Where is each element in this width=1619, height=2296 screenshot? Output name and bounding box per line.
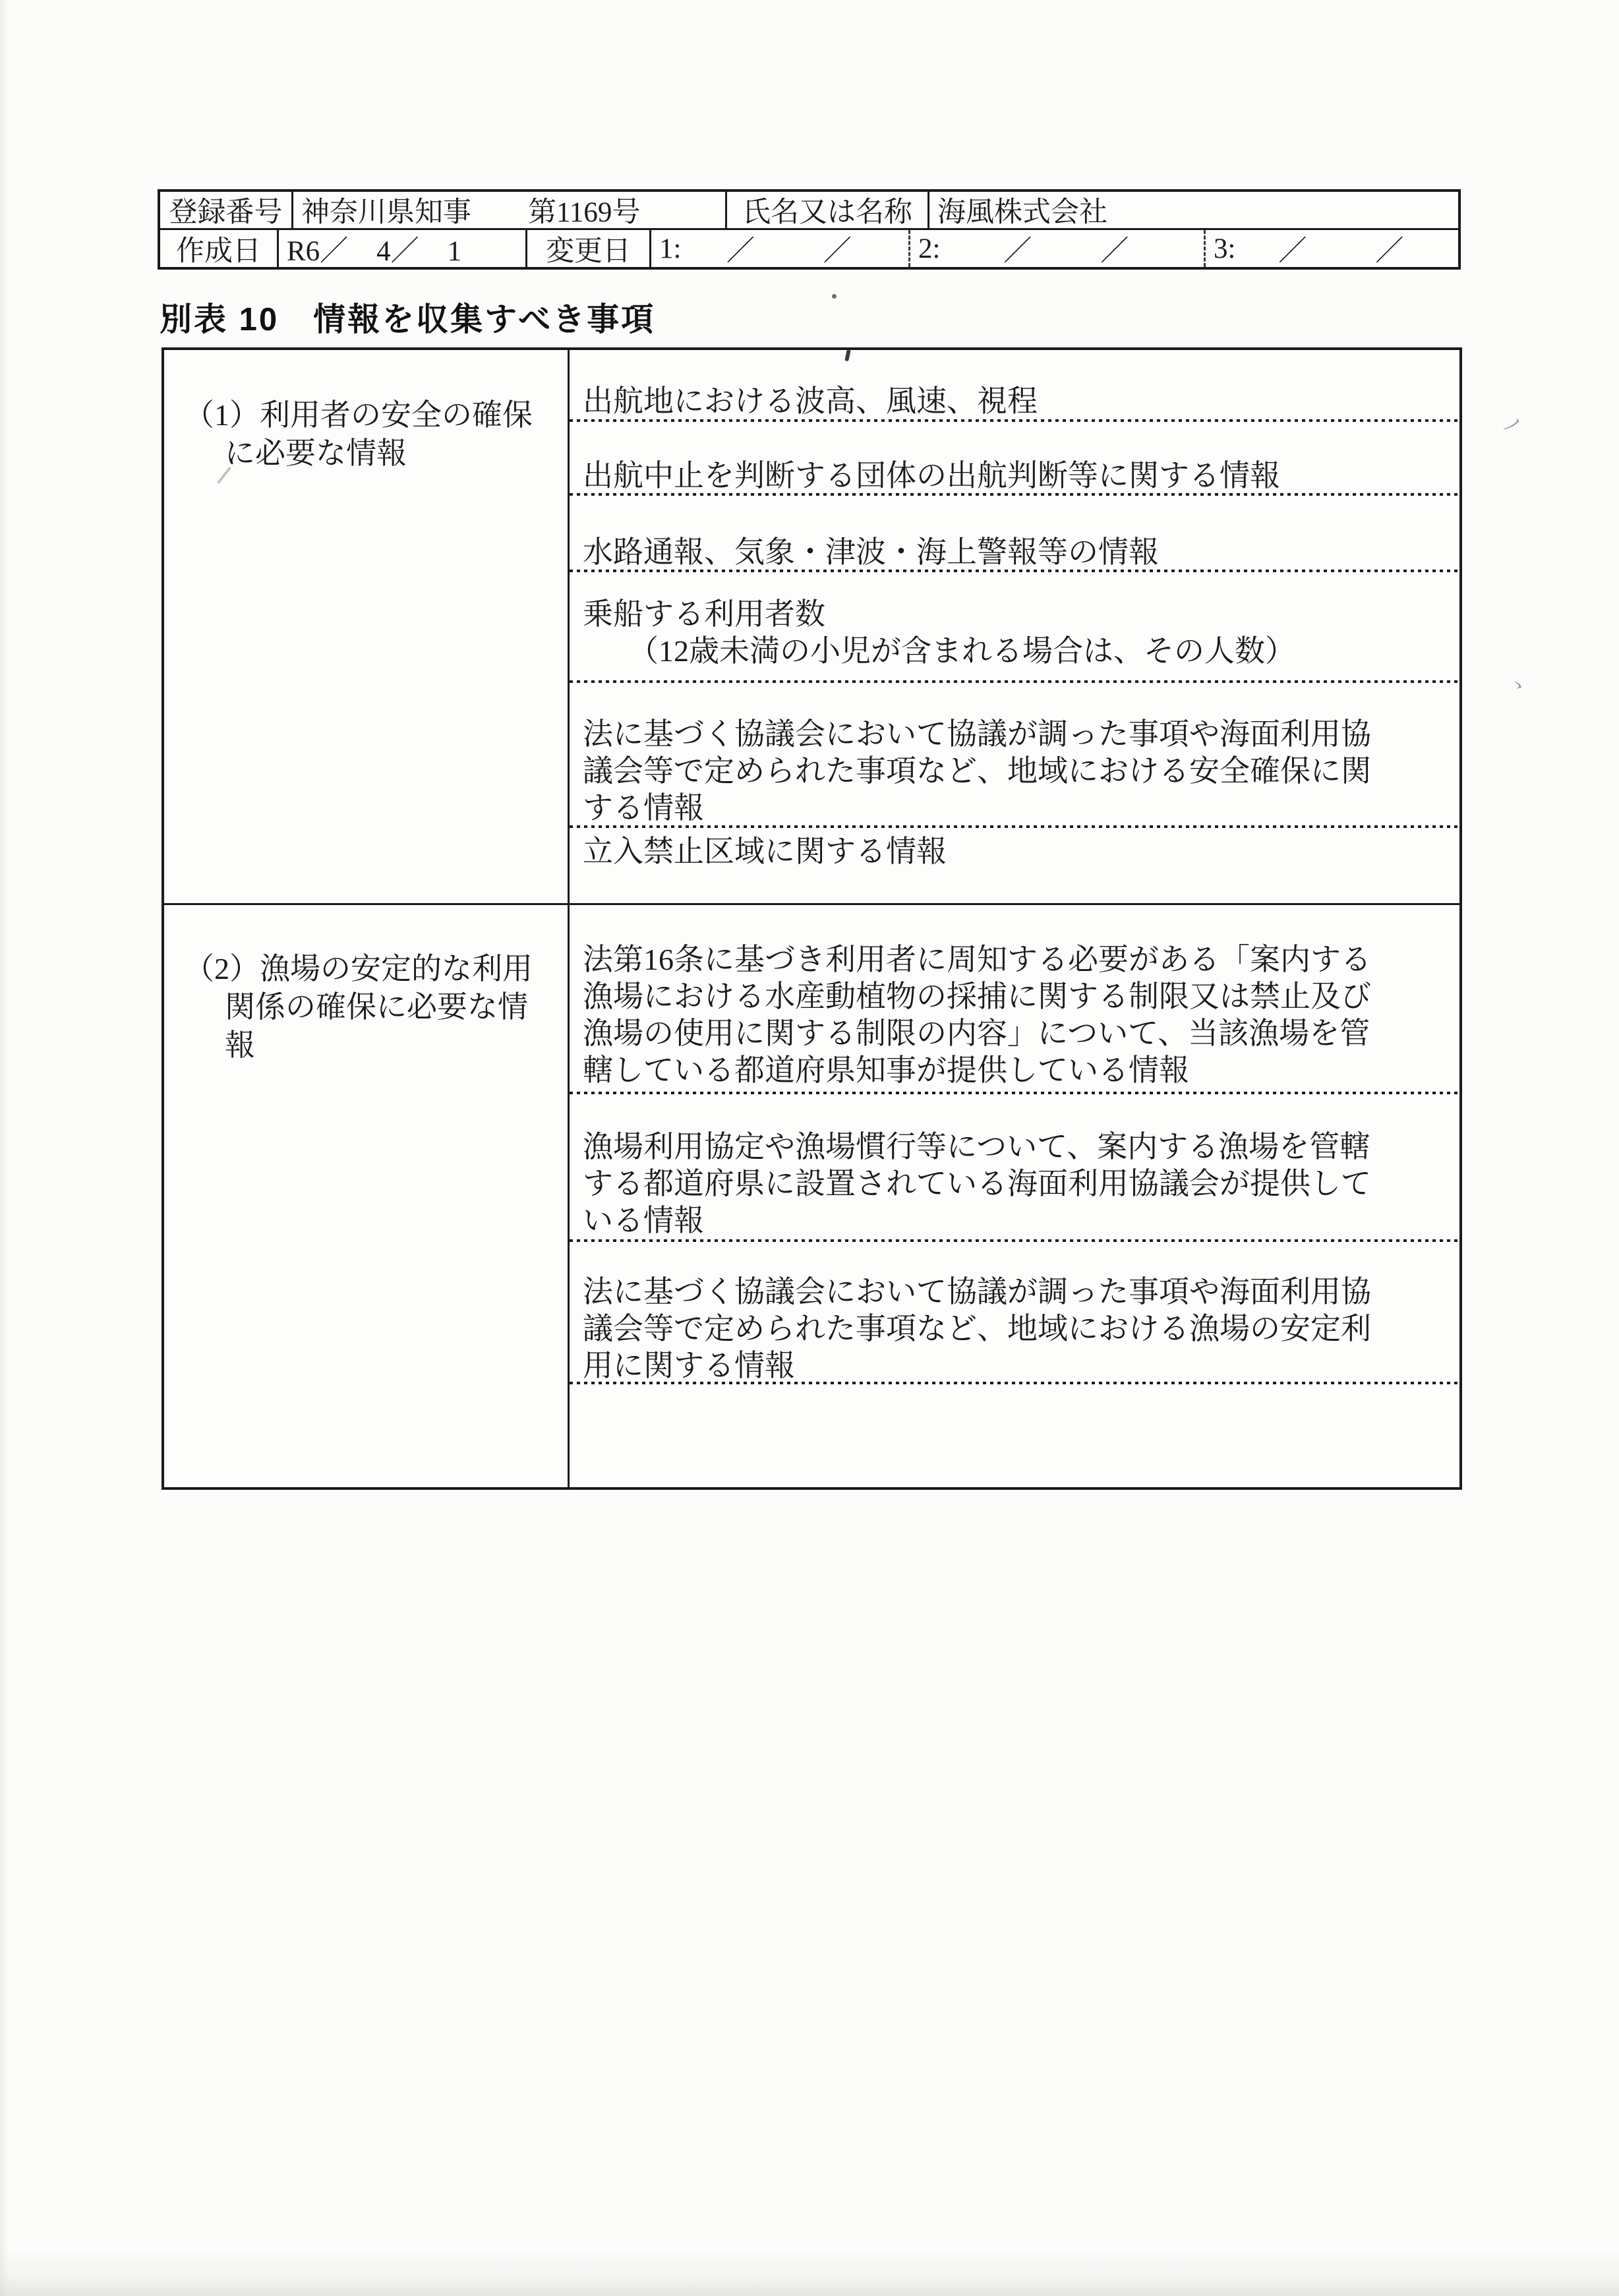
scan-artifact-curve-2: ゝ [1506,670,1528,699]
item-usage-agreements: 漁場利用協定や漁場慣行等について、案内する漁場を管轄 する都道府県に設置されてい… [570,1094,1459,1242]
item-council-safety-matters: 法に基づく協議会において協議が調った事項や海面利用協 議会等で定められた事項など… [570,683,1459,828]
category-cell-user-safety: （1）利用者の安全の確保 に必要な情報 [164,350,570,903]
item-restricted-areas: 立入禁止区域に関する情報 [570,828,1459,903]
modified-date-label: 変更日 [525,230,649,267]
item-empty-block [570,1384,1459,1487]
modified-slot-1-number: 1: [659,233,681,265]
scan-artifact-curve-1: ノ [1498,406,1527,440]
item-passenger-count: 乗船する利用者数 （12歳未満の小児が含まれる場合は、その人数） [570,572,1459,683]
information-items-table: （1）利用者の安全の確保 に必要な情報 出航地における波高、風速、視程 出航中止… [162,347,1462,1490]
modified-slot-2-blank-date: ／ ／ [940,230,1196,267]
name-value: 海風株式会社 [927,192,1458,228]
modified-slot-3-blank-date: ／ ／ [1235,230,1450,267]
page-title: 別表 10 情報を収集すべき事項 [160,294,655,340]
modified-slot-3-number: 3: [1214,233,1235,265]
modified-slot-1-blank-date: ／ ／ [681,230,900,267]
modified-date-slot-2: 2: ／ ／ [908,230,1204,267]
scan-edge-left [0,0,9,2296]
registration-header-row-2: 作成日 R6／ 4／ 1 変更日 1: ／ ／ 2: ／ ／ 3: ／ ／ [160,230,1458,267]
table-row-fishing-ground-use: （2）漁場の安定的な利用 関係の確保に必要な情 報 法第16条に基づき利用者に周… [164,905,1459,1487]
item-notices-warnings: 水路通報、気象・津波・海上警報等の情報 [570,496,1459,572]
created-date-value: R6／ 4／ 1 [277,230,525,267]
category-cell-fishing-ground-use: （2）漁場の安定的な利用 関係の確保に必要な情 報 [164,905,570,1487]
items-cell-user-safety: 出航地における波高、風速、視程 出航中止を判断する団体の出航判断等に関する情報 … [570,350,1459,903]
registration-header-table: 登録番号 神奈川県知事 第1169号 氏名又は名称 海風株式会社 作成日 R6／… [158,189,1461,270]
scan-edge-bottom [0,2250,1619,2296]
modified-date-slot-1: 1: ／ ／ [649,230,908,267]
name-label: 氏名又は名称 [725,192,927,228]
items-cell-fishing-ground-use: 法第16条に基づき利用者に周知する必要がある「案内する 漁場における水産動植物の… [570,905,1459,1487]
item-departure-conditions: 出航地における波高、風速、視程 [570,350,1459,422]
modified-date-slot-3: 3: ／ ／ [1204,230,1458,267]
scanned-document-page: 登録番号 神奈川県知事 第1169号 氏名又は名称 海風株式会社 作成日 R6／… [0,0,1619,2296]
item-council-stable-use-matters: 法に基づく協議会において協議が調った事項や海面利用協 議会等で定められた事項など… [570,1242,1459,1384]
item-article16-restrictions: 法第16条に基づき利用者に周知する必要がある「案内する 漁場における水産動植物の… [570,905,1459,1094]
registration-number-label: 登録番号 [160,192,291,228]
scan-artifact-dot [832,294,837,299]
registration-header-row-1: 登録番号 神奈川県知事 第1169号 氏名又は名称 海風株式会社 [160,192,1458,230]
created-date-label: 作成日 [160,230,277,267]
table-row-user-safety: （1）利用者の安全の確保 に必要な情報 出航地における波高、風速、視程 出航中止… [164,350,1459,905]
registration-number-value: 神奈川県知事 第1169号 [291,192,725,228]
modified-slot-2-number: 2: [918,233,940,265]
item-departure-cancellation: 出航中止を判断する団体の出航判断等に関する情報 [570,422,1459,496]
